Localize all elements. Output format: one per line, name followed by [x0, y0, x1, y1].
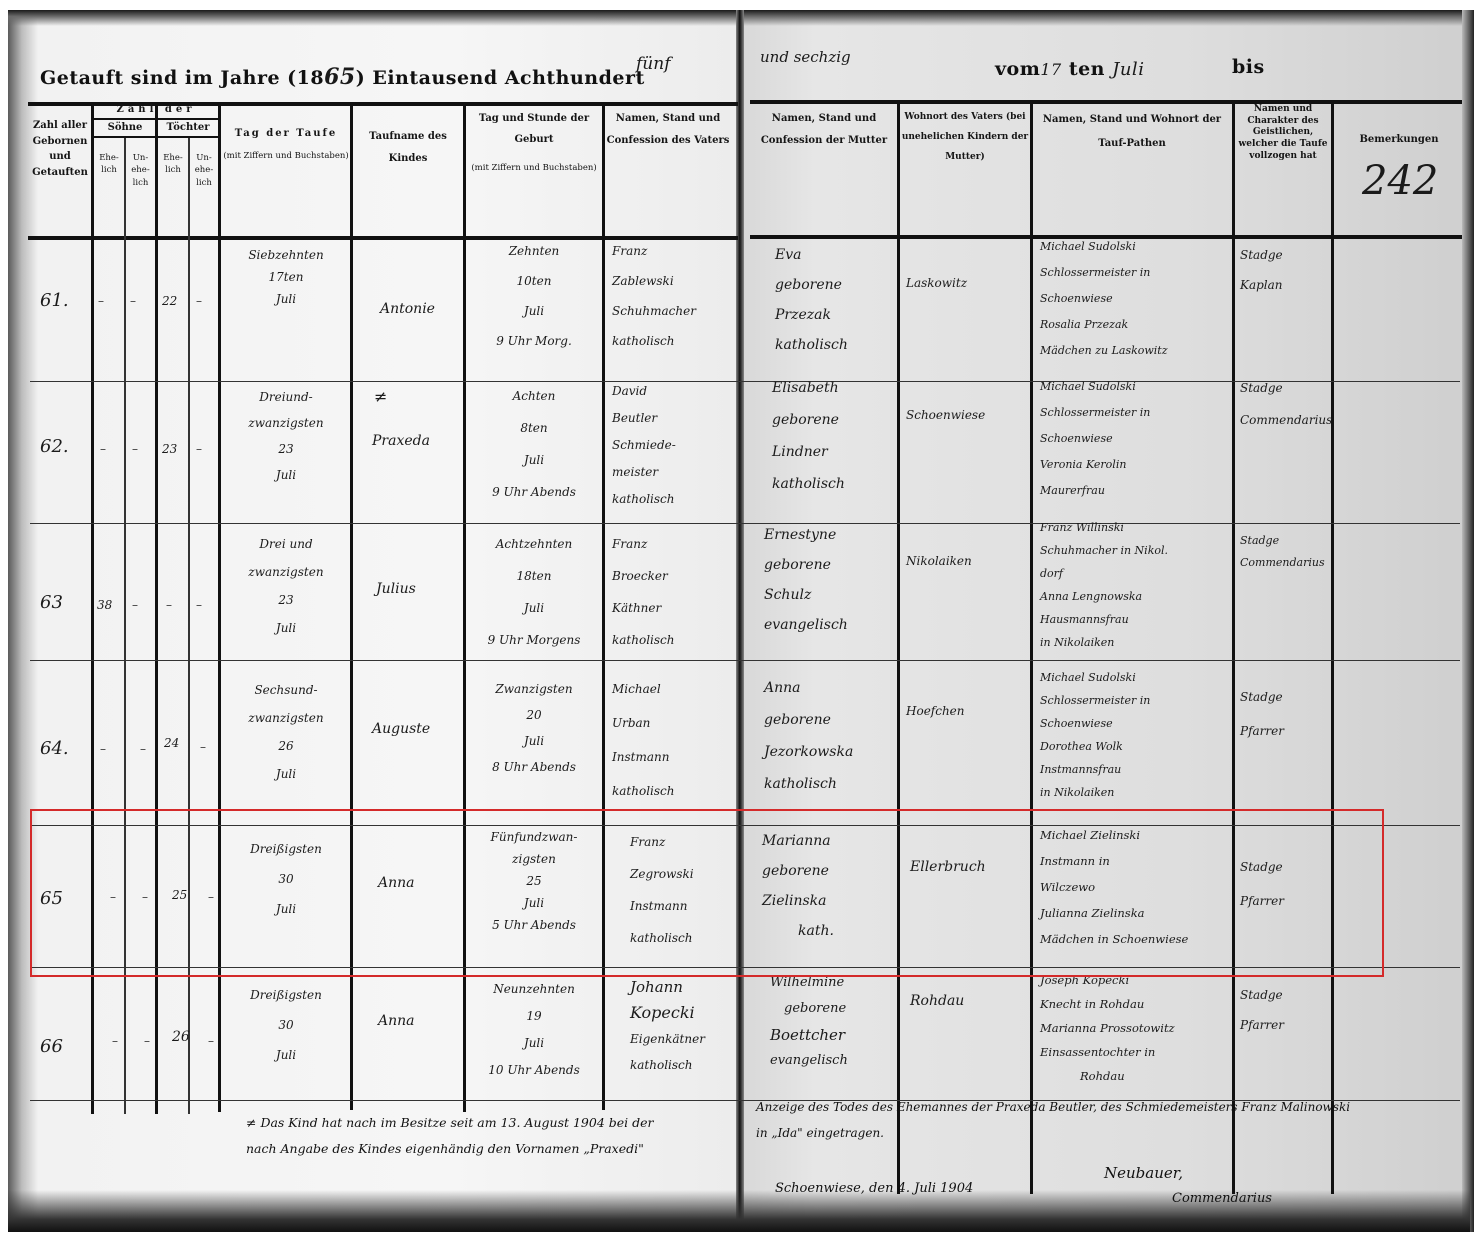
mutter: Eva geborene Przezak katholisch: [775, 240, 848, 360]
taufe-line: Juli: [224, 614, 348, 642]
header-tag-der-taufe-sub: (mit Ziffern und Buchstaben): [222, 150, 350, 162]
geistlicher-line: Pfarrer: [1240, 1010, 1284, 1040]
mutter-line: evangelisch: [764, 610, 848, 640]
footnote-place-date: Schoenwiese, den 4. Juli 1904: [775, 1176, 973, 1202]
soehne-toechter-rule: [94, 136, 218, 138]
pathen-line: Anna Lengnowska: [1040, 585, 1168, 608]
pathen: Michael Sudolski Schlossermeister in Sch…: [1040, 666, 1150, 804]
pathen-line: Schlossermeister in: [1040, 260, 1168, 286]
toechter-unehelich: –: [208, 1030, 214, 1052]
taufe-ordinal: 17ten: [224, 266, 348, 288]
taufe-line: zwanzigsten: [224, 704, 348, 732]
title-day: 17: [1040, 60, 1061, 79]
soehne-ehelich: –: [98, 290, 104, 312]
geburt-line: 18ten: [468, 560, 600, 592]
entry-number: 64.: [40, 738, 69, 760]
pathen: Michael Sudolski Schlossermeister in Sch…: [1040, 374, 1150, 504]
geistlicher-line: Stadge: [1240, 980, 1284, 1010]
taufe-line: 23: [224, 586, 348, 614]
geistlicher-line: Stadge: [1240, 372, 1332, 404]
title-date-range: vom17 ten Juli: [995, 58, 1144, 80]
header-geistlicher: Namen und Charakter des Geistlichen, wel…: [1235, 104, 1331, 162]
vater-line: Käthner: [612, 592, 674, 624]
mutter-line: Przezak: [775, 300, 848, 330]
geburt-line: 8ten: [468, 412, 600, 444]
vater: Franz Broecker Käthner katholisch: [612, 528, 674, 656]
toechter-ehelich: 22: [162, 290, 177, 312]
vater: Johann Kopecki Eigenkätner katholisch: [630, 974, 705, 1078]
mutter-line: geborene: [772, 404, 845, 436]
header-tag-stunde-geburt: Tag und Stunde der Geburt: [466, 108, 602, 150]
wohnort: Nikolaiken: [906, 550, 972, 572]
soehne-ehelich: –: [112, 1030, 118, 1052]
soehne-ehelich: 38: [97, 594, 112, 616]
taufe-line: 30: [224, 1010, 348, 1040]
pathen-line: Schlossermeister in: [1040, 689, 1150, 712]
pathen-line: Schoenwiese: [1040, 286, 1168, 312]
col-line: [1232, 104, 1235, 1194]
header-wohnort: Wohnort des Vaters (bei unehelichen Kind…: [900, 108, 1030, 167]
taufname: Praxeda: [372, 430, 430, 452]
pathen-line: Rosalia Przezak: [1040, 312, 1168, 338]
pathen: Franz Willinski Schuhmacher in Nikol. do…: [1040, 516, 1168, 654]
toechter-ehelich: 24: [164, 732, 179, 754]
vater-line: Eigenkätner: [630, 1026, 705, 1052]
pathen-line: Schoenwiese: [1040, 712, 1150, 735]
wohnort: Schoenwiese: [906, 404, 985, 426]
mutter: Ernestyne geborene Schulz evangelisch: [764, 520, 848, 640]
geburt-line: Neunzehnten: [468, 976, 600, 1003]
mutter: Anna geborene Jezorkowska katholisch: [764, 672, 853, 800]
vater-line: katholisch: [630, 1052, 705, 1078]
mutter-line: katholisch: [764, 768, 853, 800]
pathen-line: Dorothea Wolk: [1040, 735, 1150, 758]
footnote-left-line-2: nach Angabe des Kindes eigenhändig den V…: [246, 1136, 736, 1162]
geburt-line: 10ten: [468, 266, 600, 296]
col-line: [897, 104, 900, 1194]
pathen-line: Hausmannsfrau: [1040, 608, 1168, 631]
toechter-unehelich: –: [200, 736, 206, 758]
pathen-line: Instmannsfrau: [1040, 758, 1150, 781]
footnote-left: ≠ Das Kind hat nach im Besitze seit am 1…: [246, 1110, 736, 1162]
vater-line: katholisch: [612, 774, 674, 808]
geburt-line: 9 Uhr Abends: [468, 476, 600, 508]
toechter-ehelich: –: [166, 594, 172, 616]
taufe-word: Siebzehnten: [224, 244, 348, 266]
taufe-line: zwanzigsten: [224, 558, 348, 586]
geistlicher-line: Commendarius: [1240, 552, 1325, 574]
pathen-line: Knecht in Rohdau: [1040, 992, 1175, 1016]
geburt-line: 9 Uhr Morg.: [468, 326, 600, 356]
geburt-date: Zwanzigsten 20 Juli 8 Uhr Abends: [468, 676, 600, 780]
geburt-line: Achtzehnten: [468, 528, 600, 560]
geistlicher-line: Stadge: [1240, 240, 1283, 270]
toechter-unehelich: –: [196, 594, 202, 616]
entry-number: 62.: [40, 436, 69, 458]
geburt-date: Zehnten 10ten Juli 9 Uhr Morg.: [468, 236, 600, 356]
header-tag-stunde-geburt-sub: (mit Ziffern und Buchstaben): [466, 162, 602, 174]
pathen-line: Maurerfrau: [1040, 478, 1150, 504]
header-soehne-unehelich: Un-ehe-lich: [126, 152, 155, 189]
mutter: Wilhelmine geborene Boettcher evangelisc…: [770, 970, 848, 1074]
mutter-line: katholisch: [775, 330, 848, 360]
toechter-unehelich: –: [196, 290, 202, 312]
mutter-line: Eva: [775, 240, 848, 270]
title-ten: ten: [1069, 58, 1105, 80]
header-toechter: Töchter: [158, 120, 218, 136]
page-number: 242: [1362, 158, 1438, 204]
mutter-line: geborene: [764, 550, 848, 580]
soehne-unehelich: –: [140, 738, 146, 760]
taufe-date: Sechsund- zwanzigsten 26 Juli: [224, 676, 348, 788]
wohnort: Laskowitz: [906, 272, 967, 294]
geburt-line: Juli: [468, 296, 600, 326]
geburt-line: 20: [468, 702, 600, 728]
title-year-words-continued: und sechzig: [760, 48, 851, 66]
geburt-line: 8 Uhr Abends: [468, 754, 600, 780]
geburt-line: 9 Uhr Morgens: [468, 624, 600, 656]
toechter-ehelich: 26: [172, 1026, 190, 1048]
pathen-line: Einsassentochter in: [1040, 1040, 1175, 1064]
vater-line: meister: [612, 459, 676, 486]
taufe-date: Drei und zwanzigsten 23 Juli: [224, 530, 348, 642]
mutter-line: Jezorkowska: [764, 736, 853, 768]
taufe-line: zwanzigsten: [224, 410, 348, 436]
geistlicher: Stadge Pfarrer: [1240, 680, 1284, 748]
soehne-unehelich: –: [144, 1030, 150, 1052]
soehne-unehelich: –: [132, 594, 138, 616]
geburt-line: 10 Uhr Abends: [468, 1057, 600, 1084]
title-text-left: Getauft sind im Jahre (18: [40, 67, 324, 89]
title-vom: vom: [995, 58, 1040, 80]
vater-line: Urban: [612, 706, 674, 740]
pathen-line: Michael Sudolski: [1040, 374, 1150, 400]
geistlicher-line: Commendarius: [1240, 404, 1332, 436]
right-scan-edge: [1462, 10, 1474, 1232]
wohnort: Rohdau: [910, 990, 964, 1012]
geistlicher: Stadge Pfarrer: [1240, 980, 1284, 1040]
geburt-line: Juli: [468, 1030, 600, 1057]
vater-line: Kopecki: [630, 1000, 705, 1026]
mutter-line: evangelisch: [770, 1048, 848, 1074]
mutter-line: Schulz: [764, 580, 848, 610]
row-separator: [30, 523, 1460, 524]
geburt-date: Neunzehnten 19 Juli 10 Uhr Abends: [468, 976, 600, 1084]
title-year-handwritten: 65: [324, 64, 356, 90]
title-bis: bis: [1232, 56, 1265, 78]
header-mutter: Namen, Stand und Confession der Mutter: [752, 108, 896, 152]
entry-number: 66: [40, 1036, 63, 1058]
taufname-footnote-mark: ≠: [374, 386, 387, 408]
pathen-line: Mädchen zu Laskowitz: [1040, 338, 1168, 364]
header-soehne-ehelich: Ehe-lich: [94, 152, 124, 177]
taufe-line: Juli: [224, 760, 348, 788]
geburt-line: 19: [468, 1003, 600, 1030]
taufname: Antonie: [380, 298, 435, 320]
mutter: Elisabeth geborene Lindner katholisch: [772, 372, 845, 500]
geburt-line: Juli: [468, 592, 600, 624]
title-text-mid: ) Eintausend Achthundert: [356, 67, 645, 89]
geburt-line: Juli: [468, 728, 600, 754]
footnote-right-line-2: in „Ida" eingetragen.: [756, 1120, 1466, 1146]
toechter-ehelich: 23: [162, 438, 177, 460]
geistlicher-line: Pfarrer: [1240, 714, 1284, 748]
geburt-line: Juli: [468, 444, 600, 476]
header-vater: Namen, Stand und Confession des Vaters: [605, 108, 731, 152]
taufe-line: Juli: [224, 1040, 348, 1070]
header-bemerkungen: Bemerkungen: [1336, 132, 1462, 148]
geistlicher: Stadge Kaplan: [1240, 240, 1283, 300]
entry-number: 63: [40, 592, 63, 614]
geburt-date: Achtzehnten 18ten Juli 9 Uhr Morgens: [468, 528, 600, 656]
mutter-line: Anna: [764, 672, 853, 704]
vater: David Beutler Schmiede- meister katholis…: [612, 378, 676, 513]
title-printed-left: Getauft sind im Jahre (1865) Eintausend …: [40, 64, 645, 90]
geistlicher-line: Kaplan: [1240, 270, 1283, 300]
mutter-line: geborene: [770, 996, 848, 1022]
taufe-date: Dreiund- zwanzigsten 23 Juli: [224, 384, 348, 488]
taufe-date: Siebzehnten 17ten Juli: [224, 244, 348, 310]
taufname: Anna: [378, 1010, 415, 1032]
mutter-line: Lindner: [772, 436, 845, 468]
pathen-line: in Nikolaiken: [1040, 781, 1150, 804]
mutter-line: Boettcher: [770, 1022, 848, 1048]
taufe-month: Juli: [224, 288, 348, 310]
header-toechter-ehelich: Ehe-lich: [158, 152, 188, 177]
footnote-signature-title: Commendarius: [1172, 1186, 1272, 1212]
vater: Michael Urban Instmann katholisch: [612, 672, 674, 808]
mutter-line: Ernestyne: [764, 520, 848, 550]
taufe-line: 23: [224, 436, 348, 462]
geburt-line: Achten: [468, 380, 600, 412]
highlight-box-entry-65: [30, 809, 1384, 977]
pathen-line: Schuhmacher in Nikol.: [1040, 539, 1168, 562]
soehne-unehelich: –: [132, 438, 138, 460]
taufname: Auguste: [372, 718, 430, 740]
footnote-signature: Neubauer,: [1104, 1160, 1183, 1186]
pathen-line: Franz Willinski: [1040, 516, 1168, 539]
header-taufname: Taufname des Kindes: [355, 126, 461, 170]
header-top-rule-right: [750, 100, 1462, 104]
toechter-unehelich: –: [196, 438, 202, 460]
vater-line: Zablewski: [612, 266, 696, 296]
taufe-line: Dreißigsten: [224, 980, 348, 1010]
vater-line: Broecker: [612, 560, 674, 592]
pathen-line: Michael Sudolski: [1040, 234, 1168, 260]
vater-line: David: [612, 378, 676, 405]
pathen: Joseph Kopecki Knecht in Rohdau Marianna…: [1040, 968, 1175, 1088]
taufe-line: Sechsund-: [224, 676, 348, 704]
vater-line: Schmiede-: [612, 432, 676, 459]
vater-line: katholisch: [612, 624, 674, 656]
vater-line: Franz: [612, 528, 674, 560]
vater: Franz Zablewski Schuhmacher katholisch: [612, 236, 696, 356]
mutter-line: geborene: [764, 704, 853, 736]
taufe-line: Drei und: [224, 530, 348, 558]
soehne-ehelich: –: [100, 438, 106, 460]
footnote-left-line-1: ≠ Das Kind hat nach im Besitze seit am 1…: [246, 1110, 736, 1136]
geburt-line: Zehnten: [468, 236, 600, 266]
geistlicher-line: Stadge: [1240, 680, 1284, 714]
wohnort: Hoefchen: [906, 700, 965, 722]
geistlicher: Stadge Commendarius: [1240, 372, 1332, 436]
mutter-line: katholisch: [772, 468, 845, 500]
taufe-date: Dreißigsten 30 Juli: [224, 980, 348, 1070]
taufname: Julius: [376, 578, 416, 600]
mutter-line: Elisabeth: [772, 372, 845, 404]
book-gutter: [736, 10, 744, 1232]
taufe-line: 26: [224, 732, 348, 760]
pathen-line: Marianna Prossotowitz: [1040, 1016, 1175, 1040]
title-month: Juli: [1112, 59, 1144, 80]
pathen-line: Schoenwiese: [1040, 426, 1150, 452]
geburt-line: Zwanzigsten: [468, 676, 600, 702]
header-toechter-unehelich: Un-ehe-lich: [190, 152, 218, 189]
col-line: [1030, 104, 1033, 1194]
taufe-line: Dreiund-: [224, 384, 348, 410]
row-separator: [30, 660, 1460, 661]
col-line: [1331, 104, 1334, 1194]
soehne-unehelich: –: [130, 290, 136, 312]
geistlicher: Stadge Commendarius: [1240, 530, 1325, 574]
pathen-line: Michael Sudolski: [1040, 666, 1150, 689]
header-zahl-aller: Zahl aller Gebornen und Getauften: [30, 118, 90, 180]
vater-line: Johann: [630, 974, 705, 1000]
vater-line: Beutler: [612, 405, 676, 432]
vater-line: Franz: [612, 236, 696, 266]
pathen-line: Rohdau: [1040, 1064, 1175, 1088]
header-tag-der-taufe: Tag der Taufe: [222, 126, 350, 142]
title-year-words: fünf: [636, 54, 670, 74]
header-pathen: Namen, Stand und Wohnort der Tauf-Pathen: [1033, 108, 1231, 156]
pathen-line: Schlossermeister in: [1040, 400, 1150, 426]
footnote-right: Anzeige des Todes des Ehemannes der Prax…: [756, 1094, 1466, 1146]
pathen-line: in Nikolaiken: [1040, 631, 1168, 654]
pathen: Michael Sudolski Schlossermeister in Sch…: [1040, 234, 1168, 364]
vater-line: Michael: [612, 672, 674, 706]
mutter-line: geborene: [775, 270, 848, 300]
header-soehne: Söhne: [94, 120, 156, 136]
taufe-line: Juli: [224, 462, 348, 488]
vater-line: Instmann: [612, 740, 674, 774]
vater-line: katholisch: [612, 326, 696, 356]
footnote-right-line-1: Anzeige des Todes des Ehemannes der Prax…: [756, 1094, 1466, 1120]
pathen-line: Veronia Kerolin: [1040, 452, 1150, 478]
vater-line: katholisch: [612, 486, 676, 513]
vater-line: Schuhmacher: [612, 296, 696, 326]
entry-number: 61.: [40, 290, 69, 312]
geistlicher-line: Stadge: [1240, 530, 1325, 552]
header-zahl-der: Zahl der: [94, 102, 218, 118]
soehne-ehelich: –: [100, 738, 106, 760]
pathen-line: dorf: [1040, 562, 1168, 585]
geburt-date: Achten 8ten Juli 9 Uhr Abends: [468, 380, 600, 508]
